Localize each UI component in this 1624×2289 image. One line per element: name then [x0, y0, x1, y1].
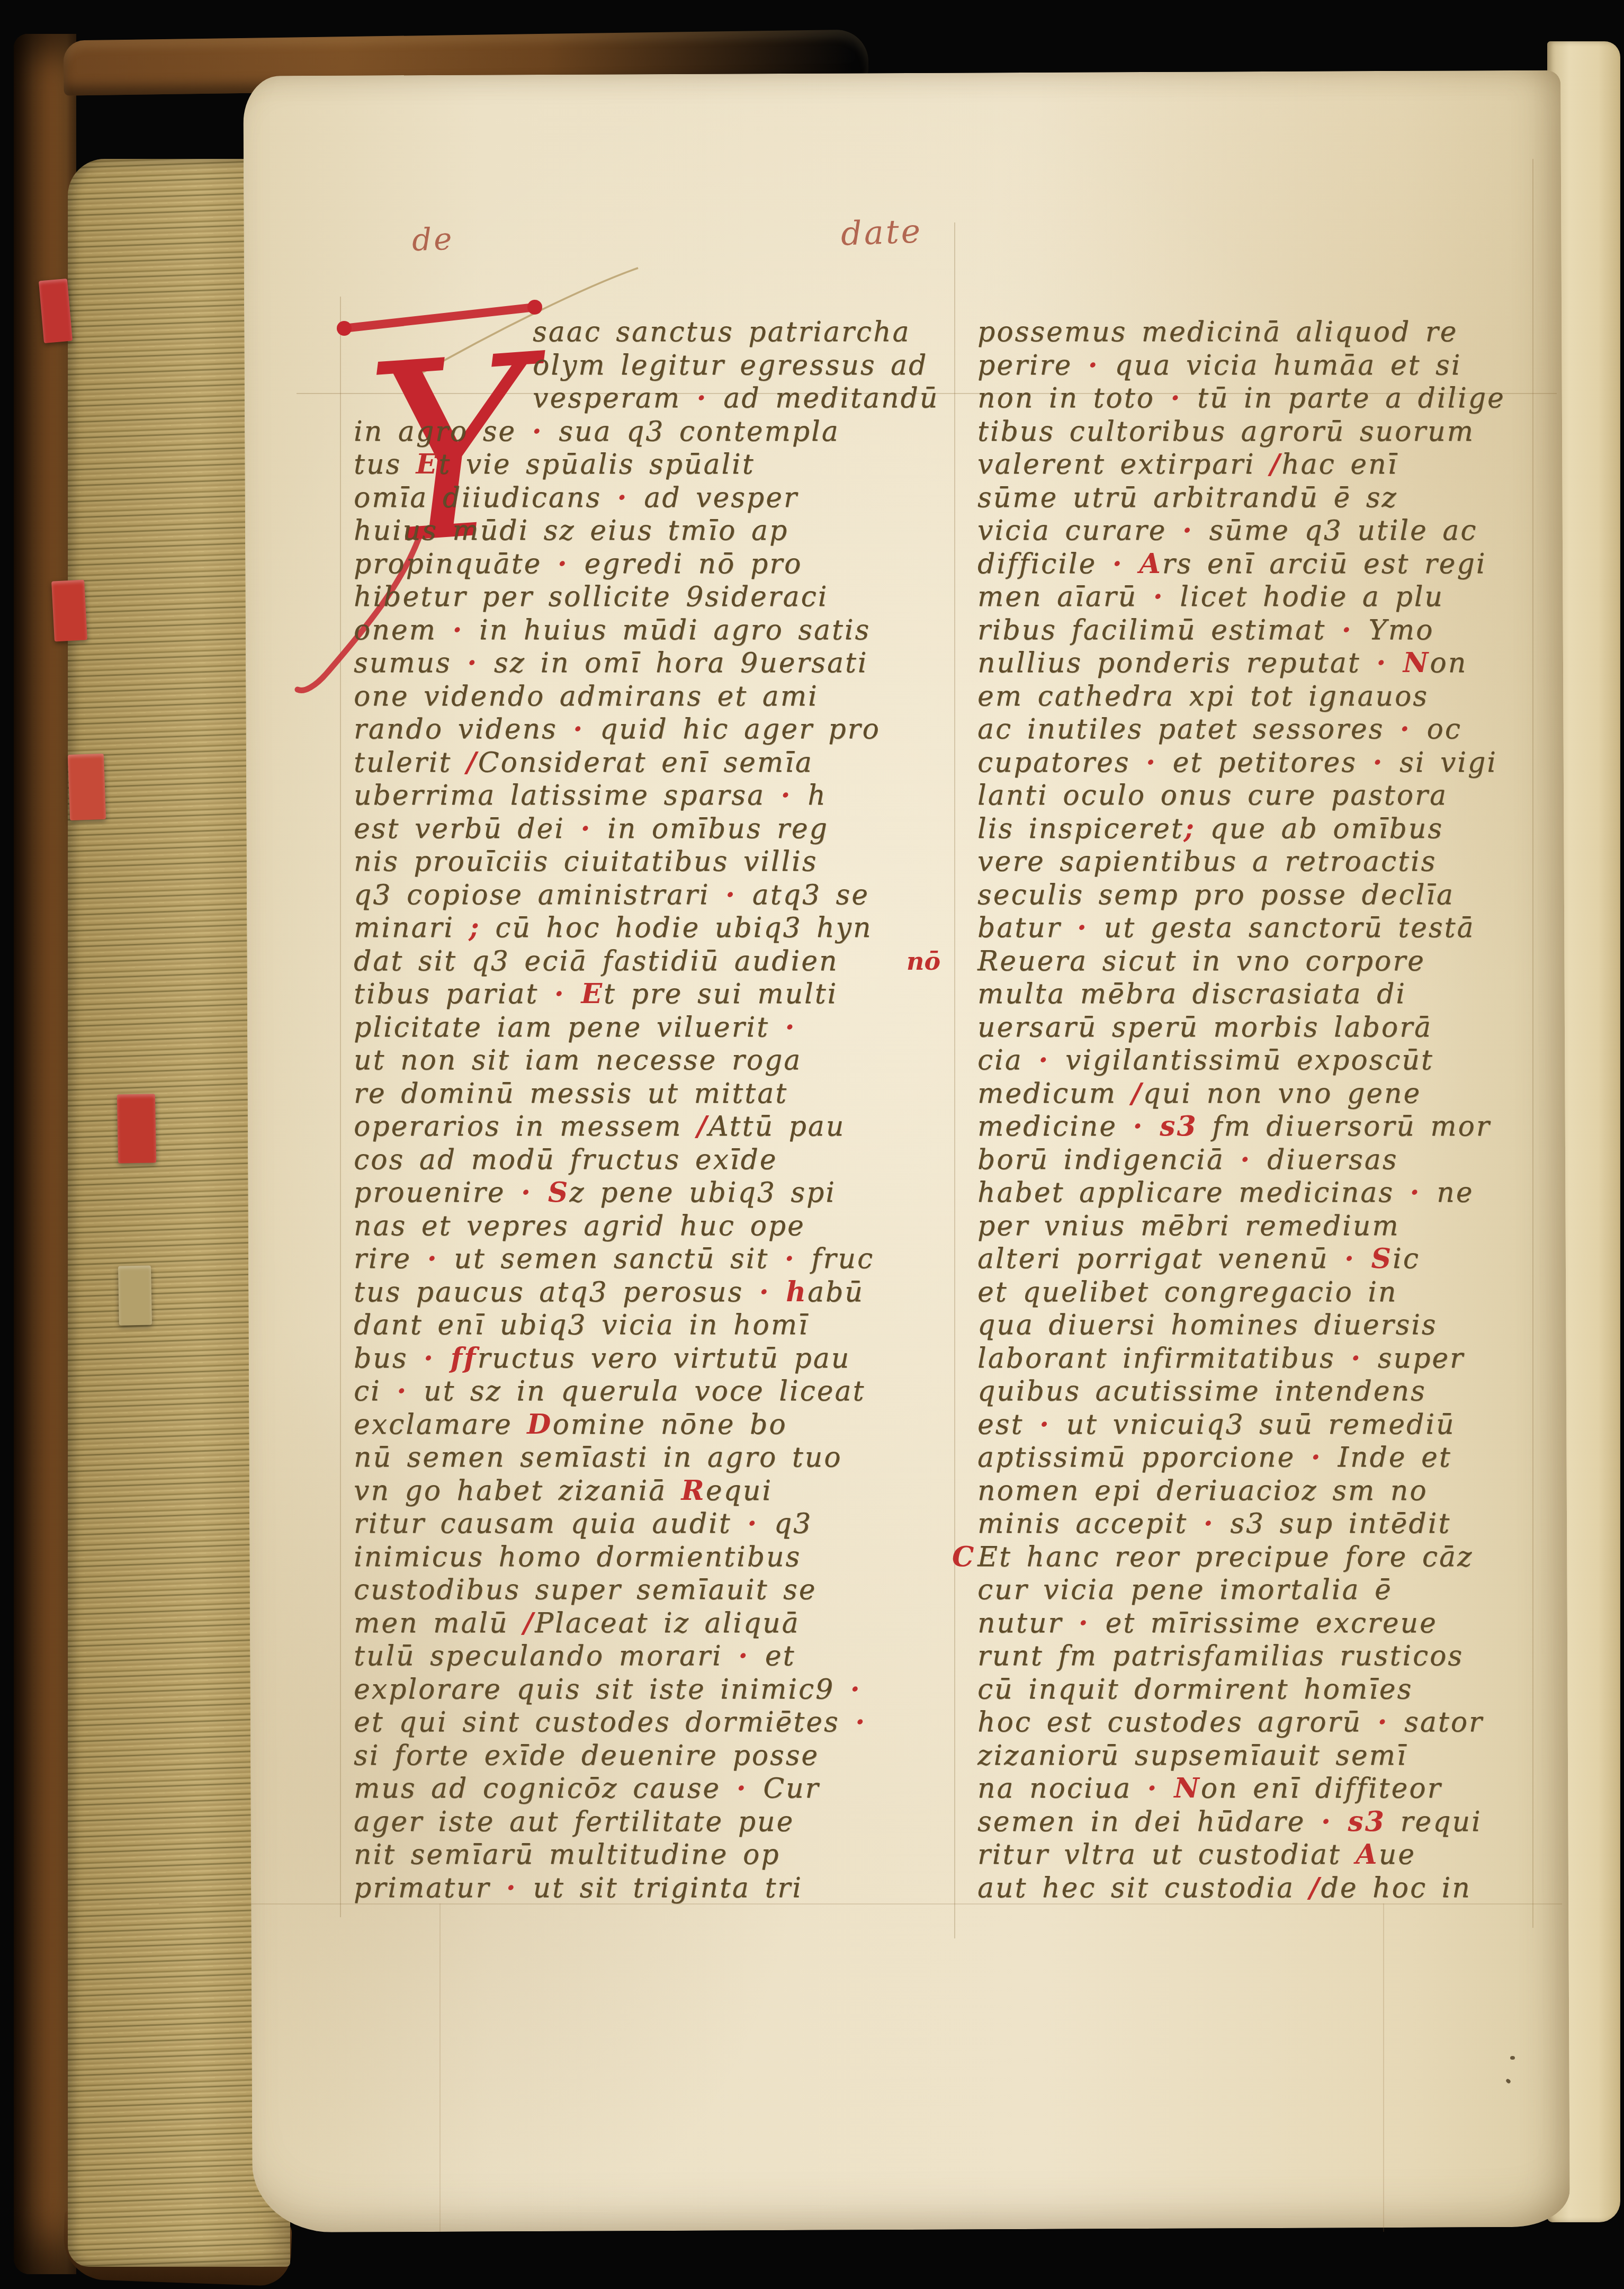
- manuscript-line: propinquāte · egredi nō pro: [354, 548, 957, 581]
- manuscript-line: primatur · ut sit triginta tri: [354, 1872, 957, 1905]
- manuscript-line: medicine · s3 fm diuersorū mor: [977, 1110, 1571, 1143]
- manuscript-line: minis accepit · s3 sup intēdit: [977, 1507, 1571, 1541]
- manuscript-line: sūme utrū arbitrandū ē sz: [977, 481, 1571, 515]
- manuscript-line: CEt hanc reor precipue fore cāz: [977, 1541, 1571, 1574]
- manuscript-line: cur vicia pene imortalia ē: [977, 1573, 1571, 1607]
- manuscript-line: bus · ffructus vero virtutū pau: [354, 1342, 957, 1375]
- manuscript-line: zizaniorū supsemīauit semī: [977, 1739, 1571, 1773]
- manuscript-line: runt fm patrisfamilias rusticos: [977, 1640, 1571, 1673]
- manuscript-line: perire · qua vicia humāa et si: [977, 349, 1571, 382]
- manuscript-line: nullius ponderis reputat · Non: [977, 647, 1571, 680]
- manuscript-line: dant enī ubiq3 vicia in homī: [354, 1309, 957, 1342]
- manuscript-line: uersarū sperū morbis laborā: [977, 1011, 1571, 1044]
- manuscript-line: est verbū dei · in omībus reg: [354, 812, 957, 846]
- manuscript-line: omīa diiudicans · ad vesper: [354, 481, 957, 515]
- text-column-left: saac sanctus patriarchaolym legitur egre…: [354, 316, 957, 1904]
- manuscript-line: custodibus super semīauit se: [354, 1573, 957, 1607]
- manuscript-line: qua diuersi homines diuersis: [977, 1309, 1571, 1342]
- running-header-left: de: [411, 221, 455, 258]
- manuscript-line: seculis semp pro posse declīa: [977, 879, 1571, 912]
- manuscript-line: valerent extirpari /hac enī: [977, 448, 1571, 481]
- manuscript-line: quibus acutissime intendens: [977, 1375, 1571, 1408]
- manuscript-line: plicitate iam pene viluerit ·: [354, 1011, 957, 1044]
- manuscript-line: et quelibet congregacio in: [977, 1276, 1571, 1309]
- manuscript-line: rire · ut semen sanctū sit · fruc: [354, 1242, 957, 1276]
- manuscript-line: possemus medicinā aliquod re: [977, 316, 1571, 349]
- manuscript-line: aut hec sit custodia /de hoc in: [977, 1872, 1571, 1905]
- manuscript-line: si forte exīde deuenire posse: [354, 1739, 957, 1773]
- manuscript-line: per vnius mēbri remedium: [977, 1210, 1571, 1243]
- bookmark-tab: [68, 754, 106, 820]
- manuscript-line: dat sit q3 eciā fastidiū audien: [354, 945, 957, 978]
- manuscript-line: medicum /qui non vno gene: [977, 1077, 1571, 1111]
- manuscript-line: cū inquit dormirent homīes: [977, 1673, 1571, 1706]
- manuscript-line: habet applicare medicinas · ne: [977, 1176, 1571, 1210]
- manuscript-line: tibus pariat · Et pre sui multi: [354, 978, 957, 1011]
- manuscript-line: laborant infirmitatibus · super: [977, 1342, 1571, 1375]
- manuscript-line: olym legitur egressus ad: [354, 349, 957, 382]
- manuscript-line: uberrima latissime sparsa · h: [354, 779, 957, 812]
- manuscript-line: onem · in huius mūdi agro satis: [354, 614, 957, 647]
- manuscript-line: q3 copiose aministrari · atq3 se: [354, 879, 957, 912]
- manuscript-line: ut non sit iam necesse roga: [354, 1044, 957, 1077]
- manuscript-line: multa mēbra discrasiata di: [977, 978, 1571, 1011]
- manuscript-line: sumus · sz in omī hora 9uersati: [354, 647, 957, 680]
- manuscript-line: cia · vigilantissimū exposcūt: [977, 1044, 1571, 1077]
- manuscript-line: one videndo admirans et ami: [354, 680, 957, 713]
- manuscript-line: ritur vltra ut custodiat Aue: [977, 1838, 1571, 1872]
- running-header-right: date: [840, 211, 923, 253]
- manuscript-line: operarios in messem /Attū pau: [354, 1110, 957, 1143]
- manuscript-line: et qui sint custodes dormiētes ·: [354, 1706, 957, 1739]
- manuscript-line: men malū /Placeat iz aliquā: [354, 1607, 957, 1640]
- manuscript-line: ci · ut sz in querula voce liceat: [354, 1375, 957, 1408]
- bookmark-tab: [118, 1265, 152, 1325]
- manuscript-line: men aīarū · licet hodie a plu: [977, 580, 1571, 614]
- manuscript-line: ager iste aut fertilitate pue: [354, 1805, 957, 1839]
- manuscript-line: vesperam · ad meditandū: [354, 382, 957, 415]
- manuscript-line: tibus cultoribus agrorū suorum: [977, 415, 1571, 449]
- margin-note: nō: [907, 947, 940, 976]
- manuscript-line: tulerit /Considerat enī semīa: [354, 746, 957, 780]
- manuscript-line: cos ad modū fructus exīde: [354, 1143, 957, 1177]
- bookmark-tab: [39, 279, 73, 343]
- manuscript-line: ritur causam quia audit · q3: [354, 1507, 957, 1541]
- manuscript-line: nis prouīciis ciuitatibus villis: [354, 845, 957, 879]
- manuscript-line: minari ; cū hoc hodie ubiq3 hyn: [354, 911, 957, 945]
- manuscript-line: re dominū messis ut mittat: [354, 1077, 957, 1111]
- manuscript-line: cupatores · et petitores · si vigi: [977, 746, 1571, 780]
- manuscript-line: ac inutiles patet sessores · oc: [977, 713, 1571, 746]
- manuscript-line: inimicus homo dormientibus: [354, 1541, 957, 1574]
- text-column-right: possemus medicinā aliquod reperire · qua…: [977, 316, 1571, 1904]
- manuscript-line: explorare quis sit iste inimic9 ·: [354, 1673, 957, 1706]
- manuscript-line: rando videns · quid hic ager pro: [354, 713, 957, 746]
- leather-cover-left: [14, 34, 76, 2274]
- manuscript-line: hibetur per sollicite 9sideraci: [354, 580, 957, 614]
- manuscript-line: vere sapientibus a retroactis: [977, 845, 1571, 879]
- manuscript-line: semen in dei hūdare · s3 requi: [977, 1805, 1571, 1839]
- manuscript-line: mus ad cognicōz cause · Cur: [354, 1772, 957, 1805]
- manuscript-line: est · ut vnicuiq3 suū remediū: [977, 1408, 1571, 1442]
- bookmark-tab: [51, 579, 87, 641]
- manuscript-line: em cathedra xpi tot ignauos: [977, 680, 1571, 713]
- manuscript-line: exclamare Domine nōne bo: [354, 1408, 957, 1442]
- manuscript-line: non in toto · tū in parte a dilige: [977, 382, 1571, 415]
- ink-speck: [1510, 2056, 1515, 2060]
- manuscript-line: nomen epi deriuacioz sm no: [977, 1474, 1571, 1508]
- manuscript-line: batur · ut gesta sanctorū testā: [977, 911, 1571, 945]
- manuscript-line: nas et vepres agrid huc ope: [354, 1210, 957, 1243]
- manuscript-line: prouenire · Sz pene ubiq3 spi: [354, 1176, 957, 1210]
- manuscript-line: lis inspiceret; que ab omībus: [977, 812, 1571, 846]
- page-crease: [1383, 1903, 1384, 2232]
- manuscript-line: hoc est custodes agrorū · sator: [977, 1706, 1571, 1739]
- manuscript-line: na nociua · Non enī diffiteor: [977, 1772, 1571, 1805]
- manuscript-line: tulū speculando morari · et: [354, 1640, 957, 1673]
- manuscript-line: alteri porrigat venenū · Sic: [977, 1242, 1571, 1276]
- manuscript-line: ribus facilimū estimat · Ymo: [977, 614, 1571, 647]
- manuscript-line: vicia curare · sūme q3 utile ac: [977, 514, 1571, 548]
- manuscript-line: saac sanctus patriarcha: [354, 316, 957, 349]
- manuscript-line: huius mūdi sz eius tmīo ap: [354, 514, 957, 548]
- manuscript-line: nutur · et mīrissime excreue: [977, 1607, 1571, 1640]
- page-crease: [439, 1903, 441, 2232]
- manuscript-line: in agro se · sua q3 contempla: [354, 415, 957, 449]
- manuscript-line: Reuera sicut in vno corpore: [977, 945, 1571, 978]
- manuscript-line: borū indigenciā · diuersas: [977, 1143, 1571, 1177]
- manuscript-line: aptissimū pporcione · Inde et: [977, 1441, 1571, 1474]
- bookmark-tab: [117, 1094, 156, 1163]
- manuscript-line: nit semīarū multitudine op: [354, 1838, 957, 1872]
- manuscript-line: vn go habet zizaniā Requi: [354, 1474, 957, 1508]
- manuscript-line: nū semen semīasti in agro tuo: [354, 1441, 957, 1474]
- photo-background: { "palette": { "background": "#060606", …: [0, 0, 1624, 2289]
- manuscript-line: tus paucus atq3 perosus · habū: [354, 1276, 957, 1309]
- manuscript-line: difficile · Ars enī arciū est regi: [977, 548, 1571, 581]
- manuscript-line: tus Et vie spūalis spūalit: [354, 448, 957, 481]
- manuscript-line: lanti oculo onus cure pastora: [977, 779, 1571, 812]
